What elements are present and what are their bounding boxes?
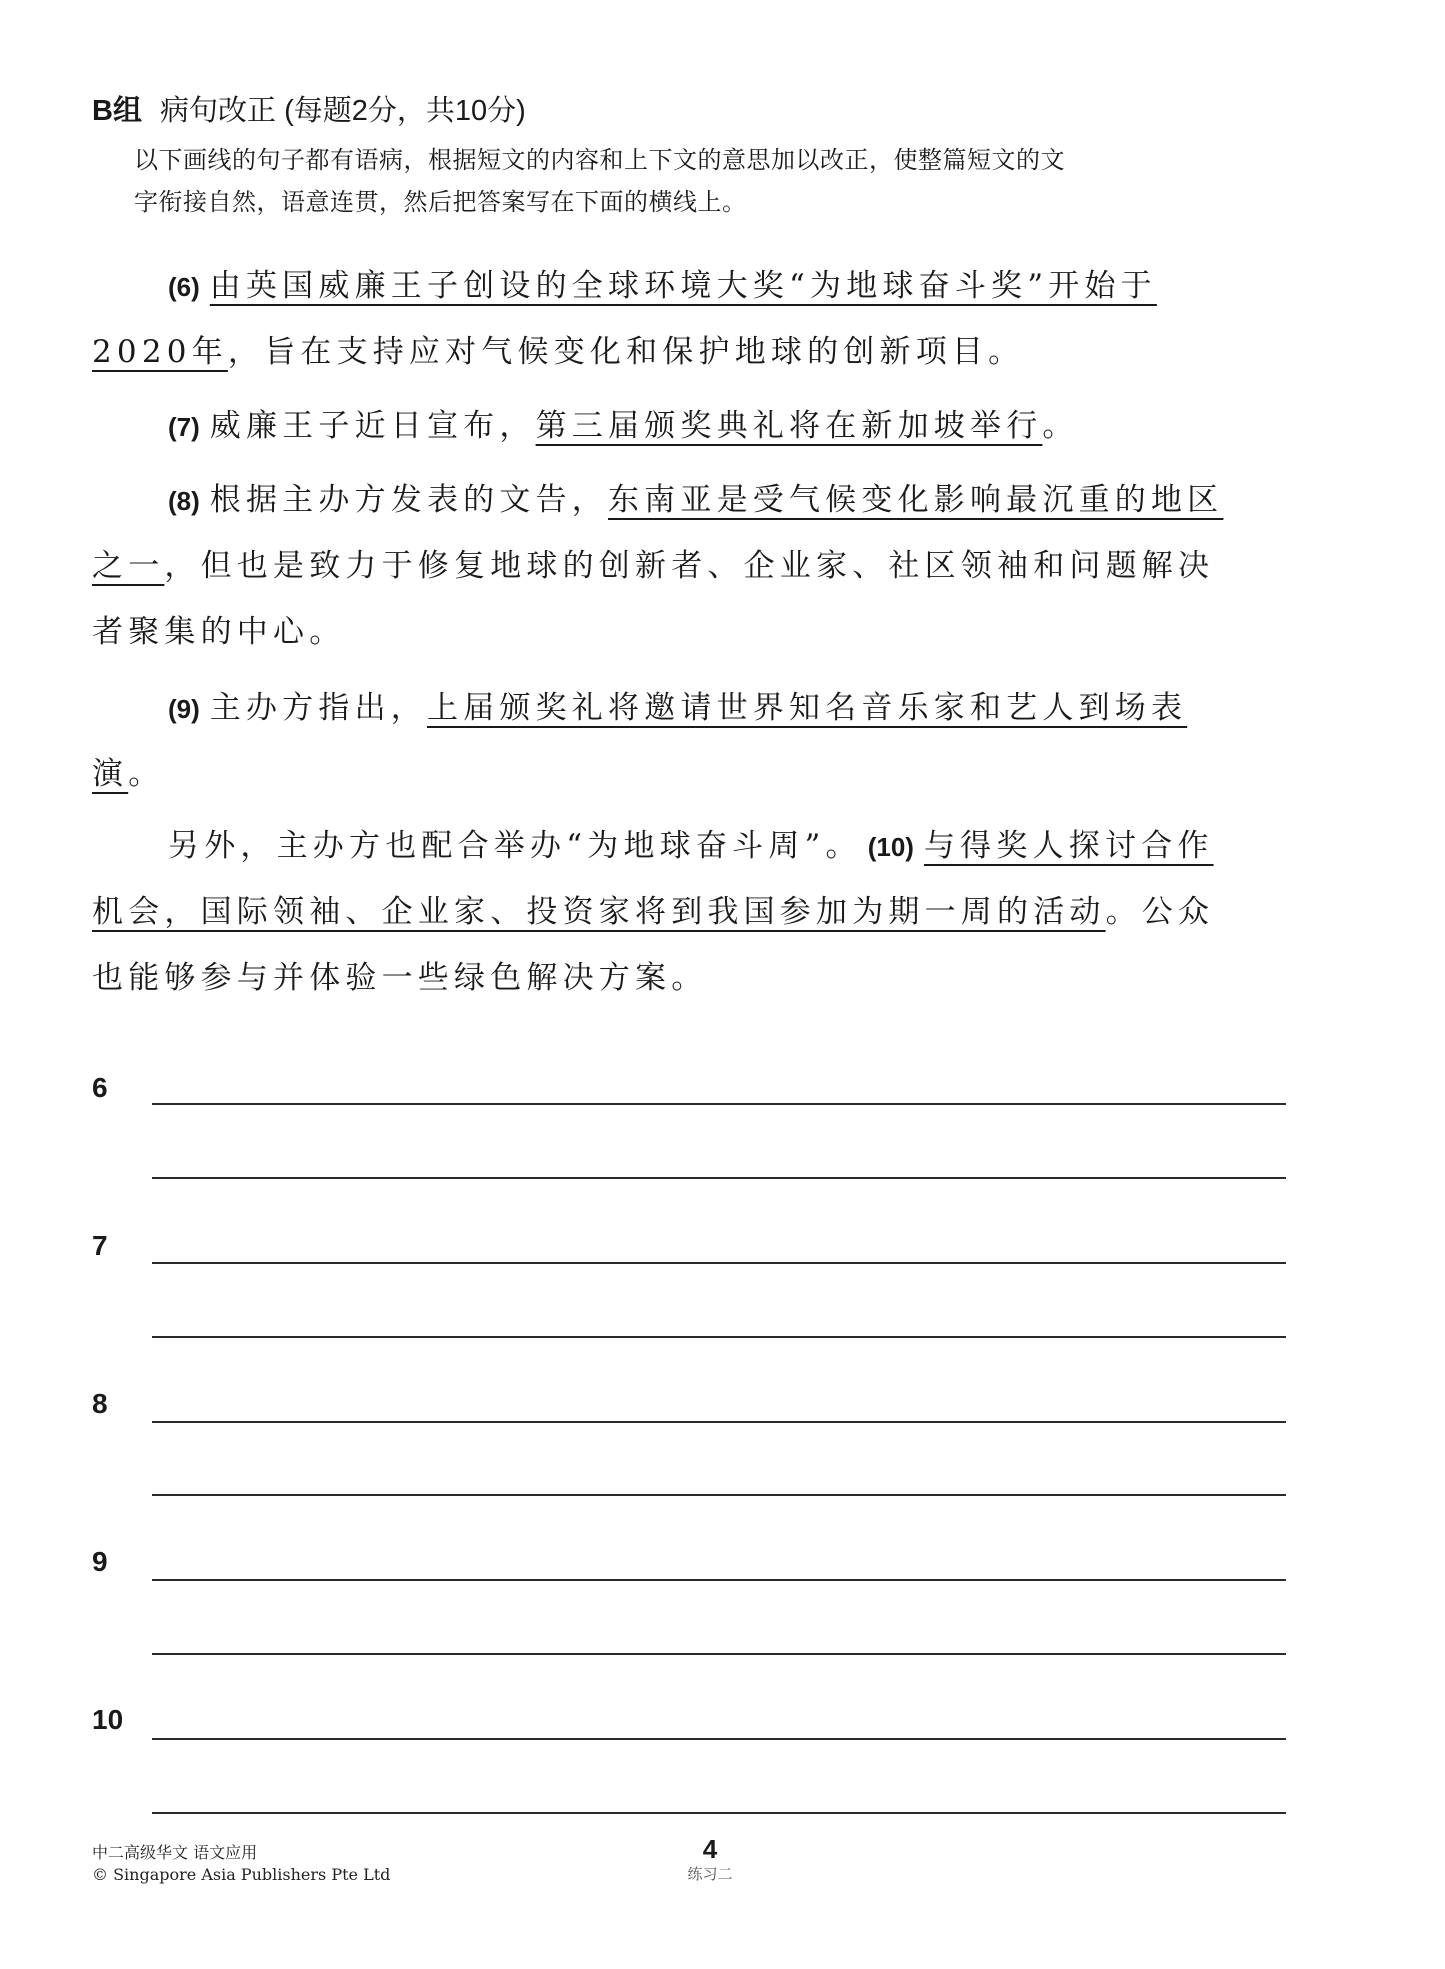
q9-number: (9) <box>168 694 200 724</box>
q10-line-2: 机会，国际领袖、企业家、投资家将到我国参加为期一周的活动。公众 <box>92 892 1286 932</box>
q9-underlined-1: 上届颁奖礼将邀请世界知名音乐家和艺人到场表 <box>427 690 1187 726</box>
instruction-line-2: 字衔接自然，语意连贯，然后把答案写在下面的横线上。 <box>134 182 747 217</box>
q9-underlined-2: 演 <box>92 756 128 792</box>
q7-prefix: 威廉王子近日宣布， <box>210 408 536 444</box>
answer-label-9: 9 <box>92 1546 108 1578</box>
answer-line-10a[interactable] <box>152 1738 1286 1740</box>
answer-line-7a[interactable] <box>152 1262 1286 1264</box>
answer-label-8: 8 <box>92 1388 108 1420</box>
answer-line-9b[interactable] <box>152 1653 1286 1655</box>
answer-label-10: 10 <box>92 1704 123 1736</box>
q10-number: (10) <box>868 832 914 862</box>
q7-line: (7)威廉王子近日宣布，第三届颁奖典礼将在新加坡举行。 <box>92 406 1286 447</box>
book-title: 中二高级华文 语文应用 <box>92 1842 390 1864</box>
answer-line-8b[interactable] <box>152 1494 1286 1496</box>
q8-prefix: 根据主办方发表的文告， <box>210 482 608 518</box>
q8-underlined-2: 之一 <box>92 548 164 584</box>
q6-underlined-2: 2020年 <box>92 334 228 370</box>
answer-line-7b[interactable] <box>152 1336 1286 1338</box>
q7-underlined: 第三届颁奖典礼将在新加坡举行 <box>536 408 1043 444</box>
page-number: 4 <box>660 1834 760 1864</box>
q6-line-2: 2020年，旨在支持应对气候变化和保护地球的创新项目。 <box>92 332 1286 372</box>
q9-line-1: (9)主办方指出，上届颁奖礼将邀请世界知名音乐家和艺人到场表 <box>92 688 1286 729</box>
exercise-label: 练习二 <box>660 1864 760 1884</box>
answer-line-6a[interactable] <box>152 1103 1286 1105</box>
q10-rest: 。公众 <box>1106 894 1215 930</box>
q9-prefix: 主办方指出， <box>210 690 427 726</box>
q6-underlined-1: 由英国威廉王子创设的全球环境大奖“为地球奋斗奖”开始于 <box>210 268 1157 304</box>
q10-line-1: 另外，主办方也配合举办“为地球奋斗周”。(10)与得奖人探讨合作 <box>92 826 1286 867</box>
group-label: B组 <box>92 95 142 127</box>
q9-rest: 。 <box>128 756 164 792</box>
instruction-line-1: 以下画线的句子都有语病，根据短文的内容和上下文的意思加以改正，使整篇短文的文 <box>134 140 1065 175</box>
q7-number: (7) <box>168 412 200 442</box>
q8-line-1: (8)根据主办方发表的文告，东南亚是受气候变化影响最沉重的地区 <box>92 480 1286 521</box>
q8-underlined-1: 东南亚是受气候变化影响最沉重的地区 <box>608 482 1223 518</box>
q8-line-2: 之一，但也是致力于修复地球的创新者、企业家、社区领袖和问题解决 <box>92 546 1286 586</box>
footer-center: 4 练习二 <box>660 1834 760 1884</box>
q6-line-1: (6)由英国威廉王子创设的全球环境大奖“为地球奋斗奖”开始于 <box>92 266 1286 307</box>
q8-line-3: 者聚集的中心。 <box>92 612 1286 652</box>
q7-suffix: 。 <box>1042 408 1078 444</box>
answer-line-6b[interactable] <box>152 1177 1286 1179</box>
q10-underlined-2: 机会，国际领袖、企业家、投资家将到我国参加为期一周的活动 <box>92 894 1106 930</box>
q10-intro: 另外，主办方也配合举办“为地球奋斗周”。 <box>168 828 862 864</box>
section-heading: B组 病句改正 (每题2分，共10分) <box>92 88 526 129</box>
q10-underlined-1: 与得奖人探讨合作 <box>924 828 1214 864</box>
answer-label-6: 6 <box>92 1072 108 1104</box>
answer-line-9a[interactable] <box>152 1579 1286 1581</box>
footer-left: 中二高级华文 语文应用 © Singapore Asia Publishers … <box>92 1842 390 1886</box>
q8-rest: ，但也是致力于修复地球的创新者、企业家、社区领袖和问题解决 <box>164 548 1214 584</box>
answer-line-10b[interactable] <box>152 1812 1286 1814</box>
answer-line-8a[interactable] <box>152 1421 1286 1423</box>
copyright: © Singapore Asia Publishers Pte Ltd <box>92 1864 390 1886</box>
answer-label-7: 7 <box>92 1230 108 1262</box>
q6-number: (6) <box>168 272 200 302</box>
q8-number: (8) <box>168 486 200 516</box>
q6-rest: ，旨在支持应对气候变化和保护地球的创新项目。 <box>228 334 1024 370</box>
q9-line-2: 演。 <box>92 754 1286 794</box>
q10-line-3: 也能够参与并体验一些绿色解决方案。 <box>92 958 1286 998</box>
section-title: 病句改正 (每题2分，共10分) <box>160 95 526 127</box>
